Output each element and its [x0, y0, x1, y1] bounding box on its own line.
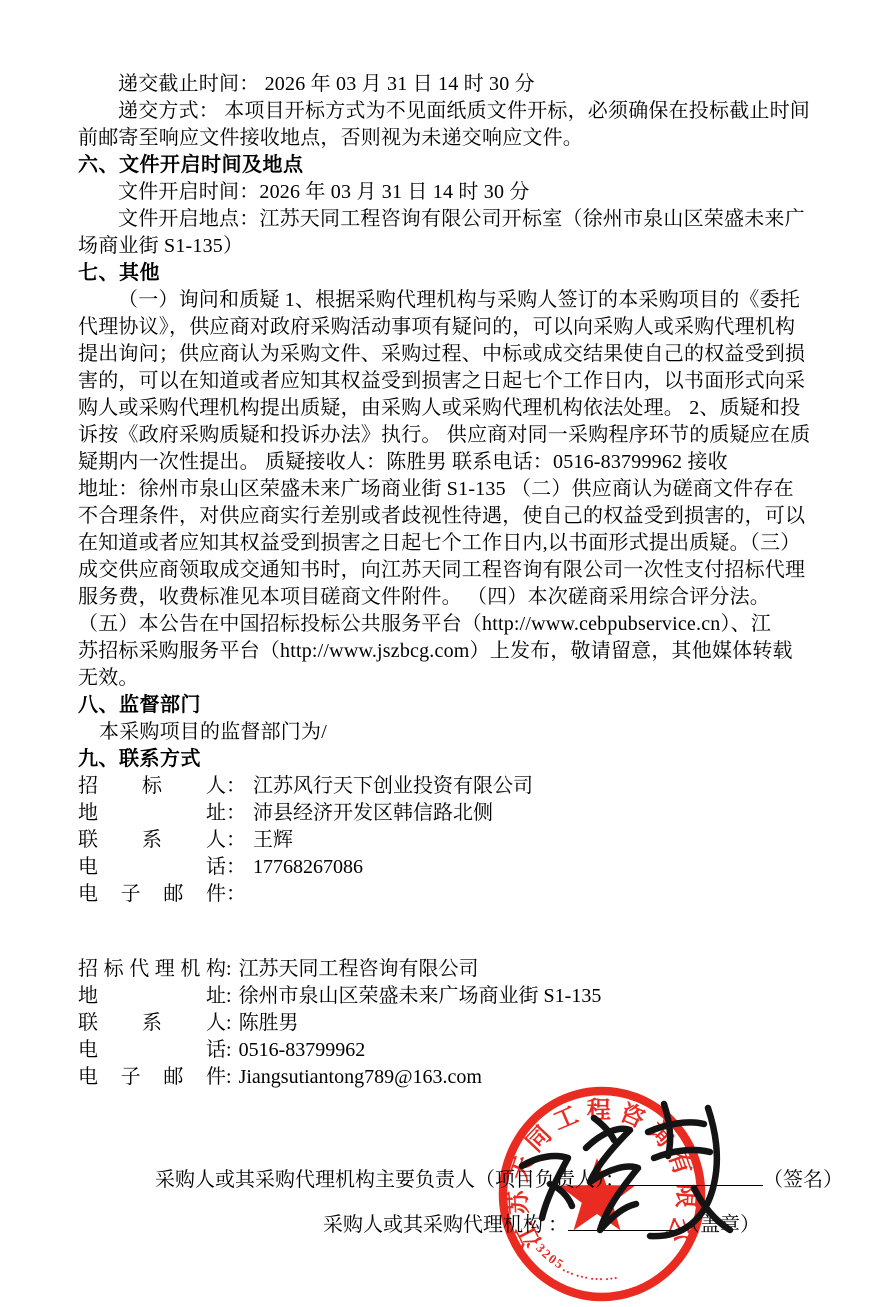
tenderer-address-row: 地址：沛县经济开发区韩信路北侧 — [78, 800, 829, 827]
agency-name-row: 招标代理机构:江苏天同工程咨询有限公司 — [78, 956, 829, 983]
tenderer-email-label: 电子邮件 — [78, 881, 226, 908]
colon: ： — [226, 881, 246, 908]
tenderer-contact-label: 联系人 — [78, 827, 226, 854]
document-line: 提出询问；供应商认为采购文件、采购过程、中标或成交结果使自己的权益受到损 — [78, 341, 829, 368]
agency-phone-label: 电话 — [78, 1037, 226, 1064]
signature-line-suffix: （签名） — [763, 1169, 843, 1191]
tenderer-address-value: 沛县经济开发区韩信路北侧 — [246, 802, 493, 824]
tenderer-name-row: 招标人：江苏风行天下创业投资有限公司 — [78, 773, 829, 800]
agency-address-value: 徐州市泉山区荣盛未来广场商业街 S1-135 — [232, 985, 602, 1007]
document-line: 代理协议》，供应商对政府采购活动事项有疑问的，可以向采购人或采购代理机构 — [78, 314, 829, 341]
handwritten-signature — [498, 1088, 758, 1258]
section-heading-7: 七、其他 — [78, 260, 829, 287]
agency-email-value: Jiangsutiantong789@163.com — [232, 1066, 482, 1088]
colon: ： — [226, 800, 246, 827]
document-line: 地址：徐州市泉山区荣盛未来广场商业街 S1-135 （二）供应商认为磋商文件存在 — [78, 476, 829, 503]
document-line: 在知道或者应知其权益受到损害之日起七个工作日内,以书面形式提出质疑。（三） — [78, 530, 829, 557]
tenderer-contact-row: 联系人：王辉 — [78, 827, 829, 854]
tenderer-phone-row: 电话：17768267086 — [78, 854, 829, 881]
document-line: 文件开启地点：江苏天同工程咨询有限公司开标室（徐州市泉山区荣盛未来广 — [78, 206, 829, 233]
agency-contact-value: 陈胜男 — [232, 1012, 299, 1034]
document-body: 递交截止时间： 2026 年 03 月 31 日 14 时 30 分 递交方式：… — [78, 71, 829, 1091]
tenderer-name-label: 招标人 — [78, 773, 226, 800]
document-line: 成交供应商领取成交通知书时，向江苏天同工程咨询有限公司一次性支付招标代理 — [78, 557, 829, 584]
document-line: 不合理条件，对供应商实行差别或者歧视性待遇，使自己的权益受到损害的，可以 — [78, 503, 829, 530]
tenderer-email-value — [246, 883, 253, 905]
agency-address-label: 地址 — [78, 983, 226, 1010]
agency-address-row: 地址:徐州市泉山区荣盛未来广场商业街 S1-135 — [78, 983, 829, 1010]
tenderer-name-value: 江苏风行天下创业投资有限公司 — [246, 775, 533, 797]
document-line: 苏招标采购服务平台（http://www.jszbcg.com）上发布，敬请留意… — [78, 638, 829, 665]
agency-name-label: 招标代理机构 — [78, 956, 226, 983]
colon: ： — [226, 854, 246, 881]
agency-contact-label: 联系人 — [78, 1010, 226, 1037]
document-line: 无效。 — [78, 665, 829, 692]
document-line: （五）本公告在中国招标投标公共服务平台（http://www.cebpubser… — [78, 611, 829, 638]
tenderer-email-row: 电子邮件： — [78, 881, 829, 908]
agency-phone-row: 电话:0516-83799962 — [78, 1037, 829, 1064]
tenderer-phone-label: 电话 — [78, 854, 226, 881]
section-heading-6: 六、文件开启时间及地点 — [78, 152, 829, 179]
document-line: 递交方式： 本项目开标方式为不见面纸质文件开标，必须确保在投标截止时间 — [78, 98, 829, 125]
colon: : — [226, 1064, 232, 1091]
colon: ： — [226, 773, 246, 800]
tenderer-address-label: 地址 — [78, 800, 226, 827]
agency-phone-value: 0516-83799962 — [232, 1039, 366, 1061]
document-line: （一）询问和质疑 1、根据采购代理机构与采购人签订的本采购项目的《委托 — [78, 287, 829, 314]
document-line: 本采购项目的监督部门为/ — [78, 719, 829, 746]
document-line: 场商业街 S1-135） — [78, 233, 829, 260]
block-gap — [78, 908, 829, 956]
colon: : — [226, 1010, 232, 1037]
agency-name-value: 江苏天同工程咨询有限公司 — [232, 958, 479, 980]
tenderer-phone-value: 17768267086 — [246, 856, 363, 878]
colon: : — [226, 956, 232, 983]
document-line: 递交截止时间： 2026 年 03 月 31 日 14 时 30 分 — [78, 71, 829, 98]
document-line: 疑期内一次性提出。 质疑接收人：陈胜男 联系电话：0516-83799962 接… — [78, 449, 829, 476]
document-line: 购人或采购代理机构提出质疑，由采购人或采购代理机构依法处理。 2、质疑和投 — [78, 395, 829, 422]
colon: : — [226, 1037, 232, 1064]
procurement-announcement-page: 递交截止时间： 2026 年 03 月 31 日 14 时 30 分 递交方式：… — [0, 0, 887, 1307]
section-heading-9: 九、联系方式 — [78, 746, 829, 773]
tenderer-contact-value: 王辉 — [246, 829, 293, 851]
section-heading-8: 八、监督部门 — [78, 692, 829, 719]
colon: : — [226, 983, 232, 1010]
agency-email-row: 电子邮件:Jiangsutiantong789@163.com — [78, 1064, 829, 1091]
colon: ： — [226, 827, 246, 854]
document-line: 文件开启时间：2026 年 03 月 31 日 14 时 30 分 — [78, 179, 829, 206]
agency-contact-row: 联系人:陈胜男 — [78, 1010, 829, 1037]
agency-email-label: 电子邮件 — [78, 1064, 226, 1091]
document-line: 诉按《政府采购质疑和投诉办法》执行。 供应商对同一采购程序环节的质疑应在质 — [78, 422, 829, 449]
document-line: 服务费，收费标准见本项目磋商文件附件。 （四）本次磋商采用综合评分法。 — [78, 584, 829, 611]
document-line: 害的，可以在知道或者应知其权益受到损害之日起七个工作日内，以书面形式向采 — [78, 368, 829, 395]
document-line: 前邮寄至响应文件接收地点，否则视为未递交响应文件。 — [78, 125, 829, 152]
